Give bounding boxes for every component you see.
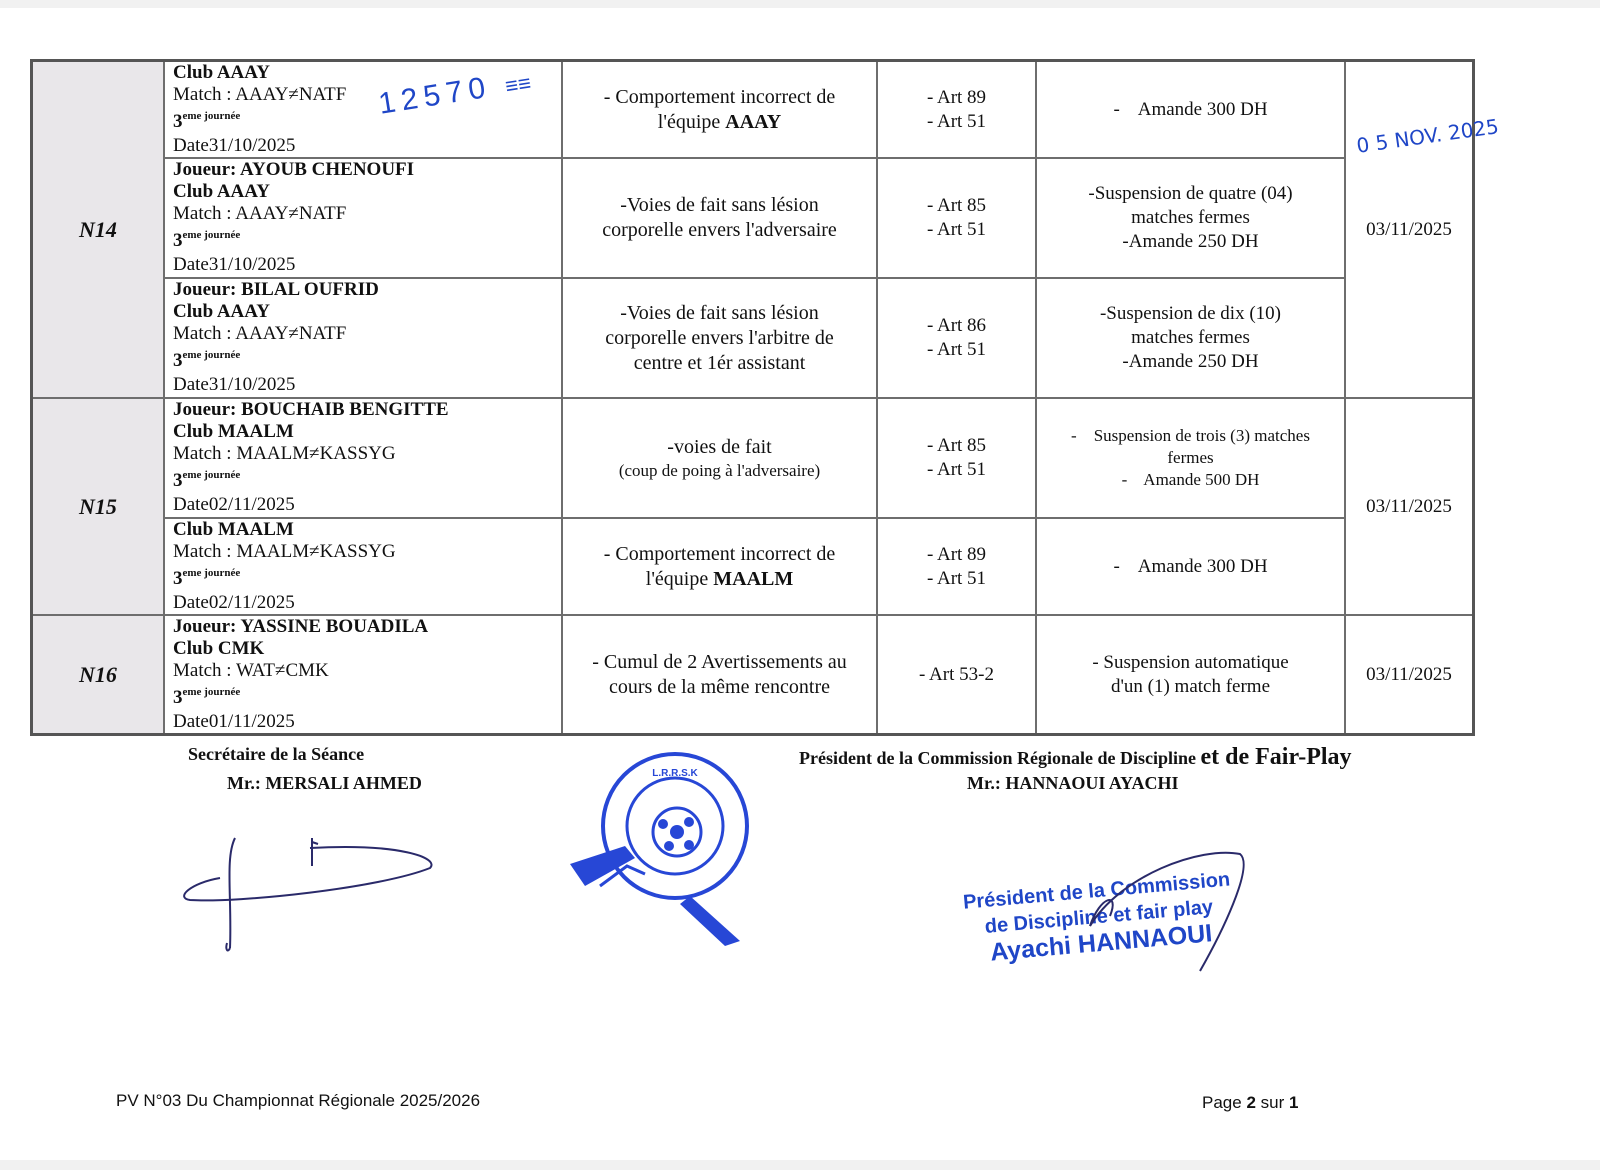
journee: 3eme journée [173, 465, 561, 491]
article: - Art 53-2 [878, 663, 1035, 687]
identity-cell: Joueur: BILAL OUFRIDClub AAAYMatch : AAA… [164, 278, 562, 398]
fact-line: -Voies de fait sans lésion [563, 301, 876, 326]
article: - Art 51 [878, 458, 1035, 482]
sanctions-cell: -Suspension de dix (10)matches fermes-Am… [1036, 278, 1345, 398]
club-name: Club AAAY [173, 301, 561, 323]
document-page: N14Club AAAYMatch : AAAY≠NATF3eme journé… [0, 8, 1600, 1160]
president-title-text: Président de la Commission Régionale de … [799, 748, 1201, 768]
articles-cell: - Art 85- Art 51 [877, 158, 1036, 278]
match-date: Date31/10/2025 [173, 254, 561, 276]
sanctions-cell: - Suspension automatiqued'un (1) match f… [1036, 615, 1345, 735]
sanction-line: -Amande 250 DH [1037, 350, 1344, 374]
page-current: 2 [1246, 1093, 1255, 1112]
match-date: Date02/11/2025 [173, 494, 561, 516]
club-name: Club MAALM [173, 421, 561, 443]
case-number: N14 [32, 61, 165, 399]
secretary-name: Mr.: MERSALI AHMED [227, 773, 422, 794]
page-separator: sur [1256, 1093, 1289, 1112]
article: - Art 51 [878, 218, 1035, 242]
player-name: Joueur: AYOUB CHENOUFI [173, 159, 561, 181]
case-number: N15 [32, 398, 165, 615]
article: - Art 51 [878, 338, 1035, 362]
article: - Art 86 [878, 314, 1035, 338]
article: - Art 85 [878, 434, 1035, 458]
player-name: Joueur: YASSINE BOUADILA [173, 616, 561, 638]
facts-cell: -Voies de fait sans lésioncorporelle env… [562, 278, 877, 398]
match-date: Date01/11/2025 [173, 711, 561, 733]
articles-cell: - Art 85- Art 51 [877, 398, 1036, 518]
footer-page-number: Page 2 sur 1 [1202, 1093, 1298, 1113]
journee: 3eme journée [173, 563, 561, 589]
match-label: Match : MAALM≠KASSYG [173, 443, 561, 465]
article: - Art 89 [878, 86, 1035, 110]
sanctions-cell: - Amande 300 DH [1036, 61, 1345, 159]
sanction-line: - Suspension de trois (3) matches [1037, 425, 1344, 447]
match-label: Match : MAALM≠KASSYG [173, 541, 561, 563]
president-name: Mr.: HANNAOUI AYACHI [967, 773, 1179, 794]
club-name: Club AAAY [173, 181, 561, 203]
fact-line: -voies de fait [563, 435, 876, 460]
match-label: Match : WAT≠CMK [173, 660, 561, 682]
facts-cell: -voies de fait(coup de poing à l'adversa… [562, 398, 877, 518]
sanctions-cell: - Suspension de trois (3) matchesfermes-… [1036, 398, 1345, 518]
fact-line: - Comportement incorrect de [563, 542, 876, 567]
table-row: N16Joueur: YASSINE BOUADILAClub CMKMatch… [32, 615, 1474, 735]
match-label: Match : AAAY≠NATF [173, 203, 561, 225]
seal-abbrev: L.R.R.S.K [652, 768, 698, 779]
sanction-line: d'un (1) match ferme [1037, 675, 1344, 699]
facts-cell: - Comportement incorrect del'équipe AAAY [562, 61, 877, 159]
article: - Art 85 [878, 194, 1035, 218]
sanction-line: -Suspension de dix (10) [1037, 302, 1344, 326]
journee: 3eme journée [173, 106, 561, 132]
fact-line: -Voies de fait sans lésion [563, 193, 876, 218]
facts-cell: -Voies de fait sans lésioncorporelle env… [562, 158, 877, 278]
fact-team: AAAY [725, 111, 781, 133]
president-title-large: et de Fair-Play [1201, 744, 1352, 770]
match-label: Match : AAAY≠NATF [173, 323, 561, 345]
sanction-line: matches fermes [1037, 326, 1344, 350]
articles-cell: - Art 53-2 [877, 615, 1036, 735]
secretary-signature [180, 828, 440, 958]
fact-line: cours de la même rencontre [563, 675, 876, 700]
decision-date: 03/11/2025 [1345, 615, 1474, 735]
decision-date: 03/11/2025 [1345, 398, 1474, 615]
club-name: Club MAALM [173, 519, 561, 541]
sanction-line: - Amande 300 DH [1037, 555, 1344, 579]
match-date: Date31/10/2025 [173, 374, 561, 396]
stamp-marks: ≡≡ [503, 70, 532, 99]
league-seal: L.R.R.S.K [565, 746, 755, 951]
president-signature [1080, 846, 1250, 976]
fact-line: - Cumul de 2 Avertissements au [563, 650, 876, 675]
articles-cell: - Art 86- Art 51 [877, 278, 1036, 398]
fact-line: l'équipe AAAY [563, 110, 876, 135]
sanctions-cell: -Suspension de quatre (04)matches fermes… [1036, 158, 1345, 278]
player-name: Joueur: BILAL OUFRID [173, 279, 561, 301]
identity-cell: Joueur: BOUCHAIB BENGITTEClub MAALMMatch… [164, 398, 562, 518]
journee: 3eme journée [173, 345, 561, 371]
sanction-line: - Amande 500 DH [1037, 469, 1344, 491]
page-prefix: Page [1202, 1093, 1246, 1112]
fact-line: corporelle envers l'adversaire [563, 218, 876, 243]
president-title: Président de la Commission Régionale de … [799, 744, 1352, 771]
fact-line: corporelle envers l'arbitre de [563, 326, 876, 351]
identity-cell: Club MAALMMatch : MAALM≠KASSYG3eme journ… [164, 518, 562, 615]
match-date: Date31/10/2025 [173, 135, 561, 157]
player-name: Joueur: BOUCHAIB BENGITTE [173, 399, 561, 421]
table-row: N14Club AAAYMatch : AAAY≠NATF3eme journé… [32, 61, 1474, 159]
club-name: Club CMK [173, 638, 561, 660]
sanction-line: - Amande 300 DH [1037, 98, 1344, 122]
identity-cell: Joueur: YASSINE BOUADILAClub CMKMatch : … [164, 615, 562, 735]
articles-cell: - Art 89- Art 51 [877, 61, 1036, 159]
fact-line: - Comportement incorrect de [563, 85, 876, 110]
table-row: Joueur: BILAL OUFRIDClub AAAYMatch : AAA… [32, 278, 1474, 398]
journee: 3eme journée [173, 225, 561, 251]
table-row: Joueur: AYOUB CHENOUFIClub AAAYMatch : A… [32, 158, 1474, 278]
match-date: Date02/11/2025 [173, 592, 561, 614]
footer-document-title: PV N°03 Du Championnat Régionale 2025/20… [116, 1091, 480, 1111]
sanction-line: fermes [1037, 447, 1344, 469]
table-row: Club MAALMMatch : MAALM≠KASSYG3eme journ… [32, 518, 1474, 615]
article: - Art 89 [878, 543, 1035, 567]
fact-detail: (coup de poing à l'adversaire) [563, 460, 876, 482]
sanctions-cell: - Amande 300 DH [1036, 518, 1345, 615]
article: - Art 51 [878, 567, 1035, 591]
case-number: N16 [32, 615, 165, 735]
decision-date: 03/11/2025 [1345, 61, 1474, 399]
sanction-line: -Suspension de quatre (04) [1037, 182, 1344, 206]
fact-team: MAALM [713, 568, 793, 590]
facts-cell: - Cumul de 2 Avertissements aucours de l… [562, 615, 877, 735]
sanction-line: -Amande 250 DH [1037, 230, 1344, 254]
article: - Art 51 [878, 110, 1035, 134]
facts-cell: - Comportement incorrect del'équipe MAAL… [562, 518, 877, 615]
discipline-table: N14Club AAAYMatch : AAAY≠NATF3eme journé… [30, 59, 1475, 736]
table-row: N15Joueur: BOUCHAIB BENGITTEClub MAALMMa… [32, 398, 1474, 518]
identity-cell: Joueur: AYOUB CHENOUFIClub AAAYMatch : A… [164, 158, 562, 278]
fact-line: centre et 1ér assistant [563, 351, 876, 376]
fact-line: l'équipe MAALM [563, 567, 876, 592]
secretary-title: Secrétaire de la Séance [188, 744, 364, 765]
page-total: 1 [1289, 1093, 1298, 1112]
articles-cell: - Art 89- Art 51 [877, 518, 1036, 615]
sanction-line: - Suspension automatique [1037, 651, 1344, 675]
journee: 3eme journée [173, 682, 561, 708]
sanction-line: matches fermes [1037, 206, 1344, 230]
